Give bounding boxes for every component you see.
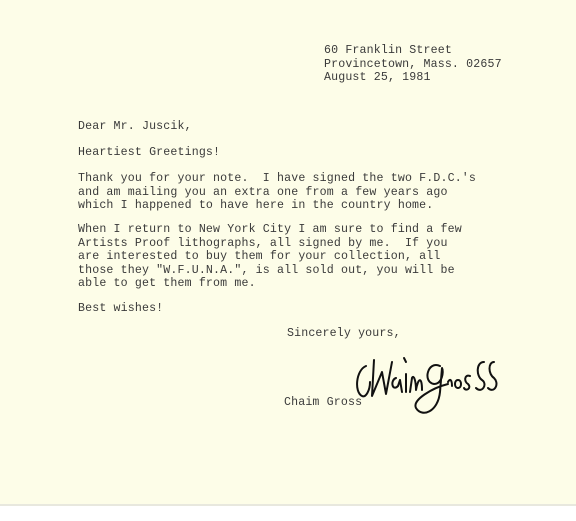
date-line: August 25, 1981 — [324, 71, 502, 85]
complimentary-close: Sincerely yours, — [287, 327, 401, 341]
city-line: Provincetown, Mass. 02657 — [324, 58, 502, 72]
paragraph-line: Artists Proof lithographs, all signed by… — [78, 237, 462, 251]
paragraph-line: those they "W.F.U.N.A.", is all sold out… — [78, 264, 462, 278]
paragraph-line: Thank you for your note. I have signed t… — [78, 172, 476, 186]
paper-edge — [0, 504, 576, 506]
street-line: 60 Franklin Street — [324, 44, 502, 58]
closing-wish: Best wishes! — [78, 302, 163, 316]
sender-address-block: 60 Franklin StreetProvincetown, Mass. 02… — [324, 44, 502, 85]
paragraph-line: which I happened to have here in the cou… — [78, 199, 476, 213]
salutation: Dear Mr. Juscik, — [78, 120, 192, 134]
paragraph-line: are interested to buy them for your coll… — [78, 250, 462, 264]
body-paragraph-1: Thank you for your note. I have signed t… — [78, 172, 476, 213]
signatory-name: Chaim Gross — [284, 396, 362, 410]
paragraph-line: and am mailing you an extra one from a f… — [78, 186, 476, 200]
letter-page: 60 Franklin StreetProvincetown, Mass. 02… — [0, 0, 576, 506]
paragraph-line: When I return to New York City I am sure… — [78, 223, 462, 237]
paragraph-line: able to get them from me. — [78, 277, 462, 291]
body-paragraph-2: When I return to New York City I am sure… — [78, 223, 462, 291]
signature-icon — [352, 352, 502, 422]
greeting: Heartiest Greetings! — [78, 146, 220, 160]
